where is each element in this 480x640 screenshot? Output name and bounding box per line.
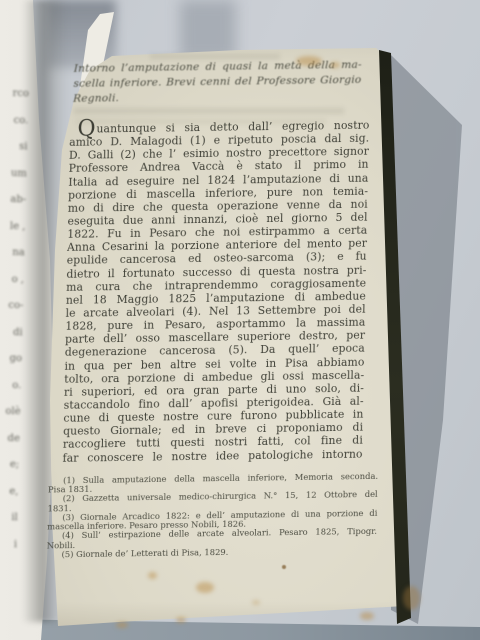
- body-paragraph: Q uantunque si sia detto dall’ egregio n…: [62, 119, 369, 465]
- page-content: Intorno l’amputazione di quasi la metà d…: [49, 53, 389, 559]
- article-heading: Intorno l’amputazione di quasi la metà d…: [73, 58, 362, 107]
- body-lines: uantunque si sia detto dall’ egregio nos…: [62, 119, 369, 465]
- foxing-stain: [296, 56, 322, 66]
- text-fragment: e;: [10, 459, 20, 470]
- text-fragment: go: [9, 353, 22, 364]
- foxing-stain: [252, 600, 260, 605]
- text-fragment: o.: [12, 380, 21, 391]
- text-fragment: olè: [5, 406, 20, 417]
- heading-line: Regnoli.: [73, 88, 361, 107]
- foxing-stain: [360, 612, 374, 620]
- foxing-stain: [196, 582, 214, 593]
- foxing-stain: [282, 565, 286, 569]
- foxing-stain: [148, 572, 157, 579]
- foxing-stain: [403, 586, 420, 610]
- text-fragment: i: [14, 539, 17, 550]
- drop-cap: Q: [77, 119, 96, 141]
- text-fragment: de: [7, 433, 20, 444]
- book-photo: rcoco.siumab-le ,nao ,co-digoo.olèdee;e,…: [0, 0, 480, 640]
- foxing-stain: [330, 62, 340, 68]
- text-fragment: il: [11, 512, 18, 523]
- foxing-stain: [116, 622, 128, 628]
- footnotes: (1) Sulla amputazione della mascella inf…: [46, 471, 378, 559]
- foxing-stain: [176, 617, 186, 623]
- text-fragment: e,: [9, 486, 18, 497]
